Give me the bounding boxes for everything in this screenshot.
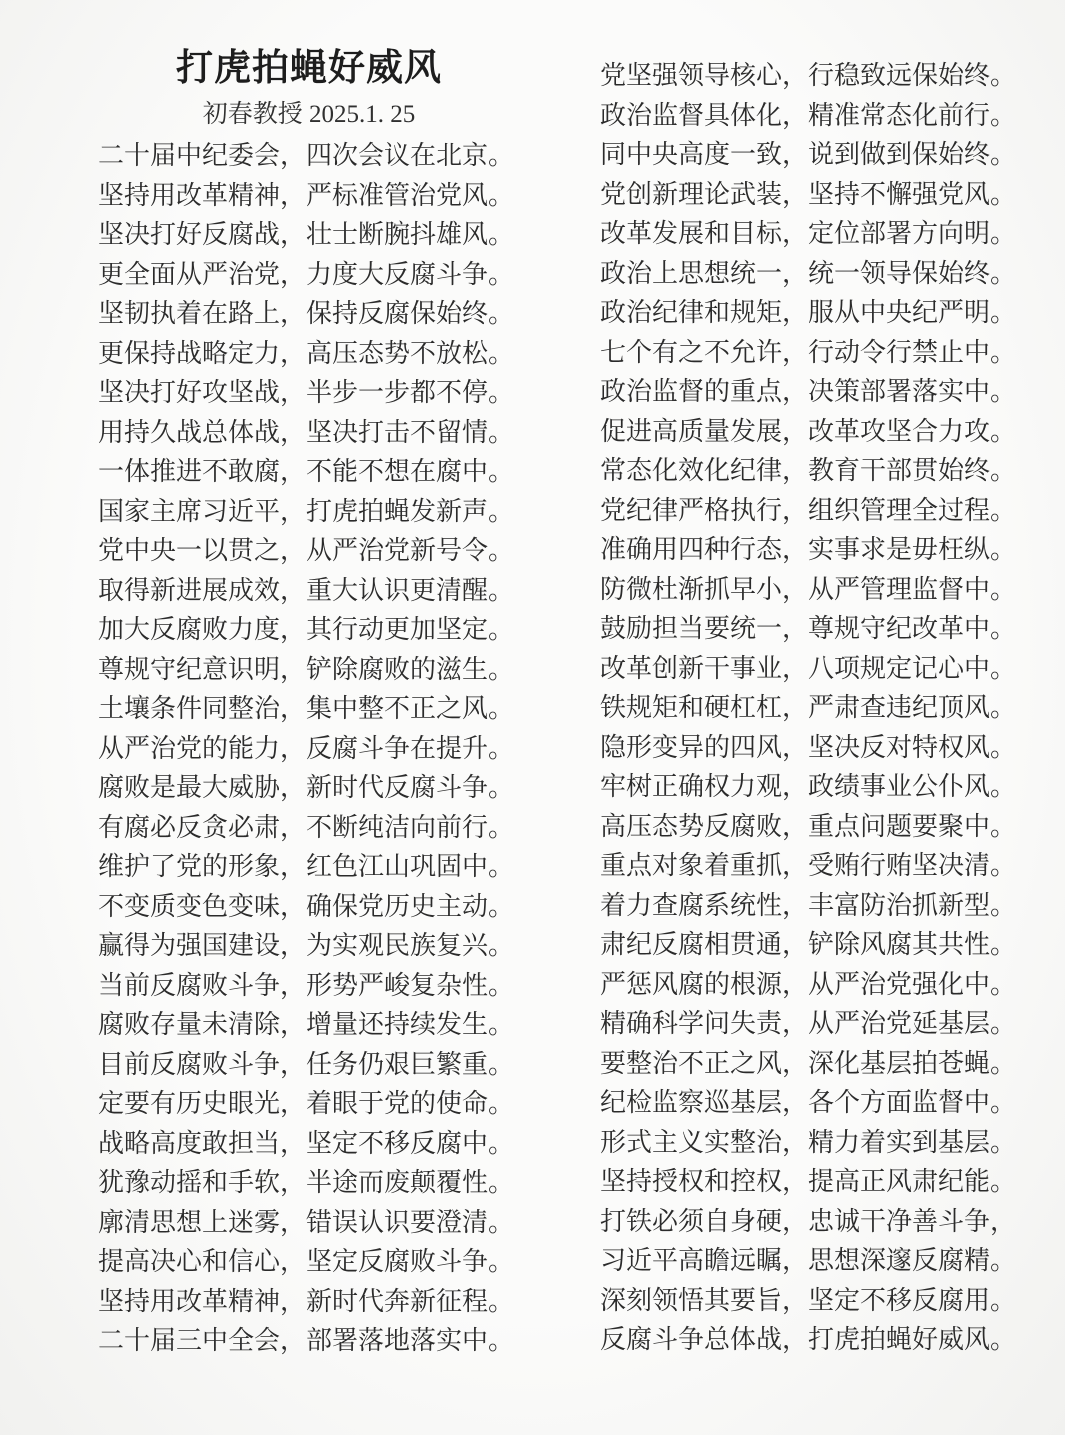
poem-line: 坚持用改革精神，严标准管治党风。 — [98, 176, 520, 216]
poem-line: 肃纪反腐相贯通，铲除风腐其共性。 — [600, 925, 1022, 965]
poem-line: 深刻领悟其要旨，坚定不移反腐用。 — [600, 1281, 1022, 1321]
poem-line: 当前反腐败斗争，形势严峻复杂性。 — [98, 966, 520, 1006]
poem-line: 更保持战略定力，高压态势不放松。 — [98, 334, 520, 374]
poem-line: 国家主席习近平，打虎拍蝇发新声。 — [98, 492, 520, 532]
document-page: 打虎拍蝇好威风 初春教授 2025.1. 25 二十届中纪委会，四次会议在北京。… — [0, 0, 1065, 1435]
poem-line: 改革创新干事业，八项规定记心中。 — [600, 649, 1022, 689]
poem-line: 尊规守纪意识明，铲除腐败的滋生。 — [98, 650, 520, 690]
poem-line: 严惩风腐的根源，从严治党强化中。 — [600, 965, 1022, 1005]
poem-line: 防微杜渐抓早小，从严管理监督中。 — [600, 570, 1022, 610]
poem-line: 改革发展和目标，定位部署方向明。 — [600, 214, 1022, 254]
poem-line: 二十届中纪委会，四次会议在北京。 — [98, 136, 520, 176]
poem-line: 廓清思想上迷雾，错误认识要澄清。 — [98, 1203, 520, 1243]
poem-line: 党中央一以贯之，从严治党新号令。 — [98, 531, 520, 571]
poem-line: 不变质变色变味，确保党历史主动。 — [98, 887, 520, 927]
poem-line: 同中央高度一致，说到做到保始终。 — [600, 135, 1022, 175]
poem-title: 打虎拍蝇好威风 — [98, 42, 520, 94]
poem-line: 提高决心和信心，坚定反腐败斗争。 — [98, 1242, 520, 1282]
poem-line: 准确用四种行态，实事求是毋枉纵。 — [600, 530, 1022, 570]
poem-line: 坚持用改革精神，新时代奔新征程。 — [98, 1282, 520, 1322]
poem-line: 反腐斗争总体战，打虎拍蝇好威风。 — [600, 1320, 1022, 1360]
left-column: 打虎拍蝇好威风 初春教授 2025.1. 25 二十届中纪委会，四次会议在北京。… — [98, 0, 520, 1435]
poem-line: 犹豫动摇和手软，半途而废颠覆性。 — [98, 1163, 520, 1203]
poem-line: 土壤条件同整治，集中整不正之风。 — [98, 689, 520, 729]
poem-line: 形式主义实整治，精力着实到基层。 — [600, 1123, 1022, 1163]
poem-line: 坚持授权和控权，提高正风肃纪能。 — [600, 1162, 1022, 1202]
poem-line: 坚决打好反腐战，壮士断腕抖雄风。 — [98, 215, 520, 255]
poem-line: 政治上思想统一，统一领导保始终。 — [600, 254, 1022, 294]
poem-line: 七个有之不允许，行动令行禁止中。 — [600, 333, 1022, 373]
poem-line: 赢得为强国建设，为实观民族复兴。 — [98, 926, 520, 966]
poem-line: 党创新理论武装，坚持不懈强党风。 — [600, 175, 1022, 215]
poem-line: 政治监督具体化，精准常态化前行。 — [600, 96, 1022, 136]
poem-line: 促进高质量发展，改革攻坚合力攻。 — [600, 412, 1022, 452]
poem-line: 二十届三中全会，部署落地落实中。 — [98, 1321, 520, 1361]
poem-line: 一体推进不敢腐，不能不想在腐中。 — [98, 452, 520, 492]
poem-line: 加大反腐败力度，其行动更加坚定。 — [98, 610, 520, 650]
poem-line: 腐败是最大威胁，新时代反腐斗争。 — [98, 768, 520, 808]
poem-line: 战略高度敢担当，坚定不移反腐中。 — [98, 1124, 520, 1164]
poem-line: 从严治党的能力，反腐斗争在提升。 — [98, 729, 520, 769]
poem-line: 铁规矩和硬杠杠，严肃查违纪顶风。 — [600, 688, 1022, 728]
poem-line: 政治纪律和规矩，服从中央纪严明。 — [600, 293, 1022, 333]
poem-line: 精确科学问失责，从严治党延基层。 — [600, 1004, 1022, 1044]
poem-line: 更全面从严治党，力度大反腐斗争。 — [98, 255, 520, 295]
poem-line: 习近平高瞻远瞩，思想深邃反腐精。 — [600, 1241, 1022, 1281]
poem-line: 高压态势反腐败，重点问题要聚中。 — [600, 807, 1022, 847]
poem-line: 定要有历史眼光，着眼于党的使命。 — [98, 1084, 520, 1124]
poem-line: 坚韧执着在路上，保持反腐保始终。 — [98, 294, 520, 334]
poem-line: 腐败存量未清除，增量还持续发生。 — [98, 1005, 520, 1045]
poem-line: 用持久战总体战，坚决打击不留情。 — [98, 413, 520, 453]
poem-byline: 初春教授 2025.1. 25 — [98, 94, 520, 136]
right-column: 党坚强领导核心，行稳致远保始终。政治监督具体化，精准常态化前行。同中央高度一致，… — [600, 0, 1022, 1435]
right-column-lines: 党坚强领导核心，行稳致远保始终。政治监督具体化，精准常态化前行。同中央高度一致，… — [600, 56, 1022, 1360]
poem-line: 维护了党的形象，红色江山巩固中。 — [98, 847, 520, 887]
poem-line: 党纪律严格执行，组织管理全过程。 — [600, 491, 1022, 531]
poem-line: 纪检监察巡基层，各个方面监督中。 — [600, 1083, 1022, 1123]
poem-line: 目前反腐败斗争，任务仍艰巨繁重。 — [98, 1045, 520, 1085]
poem-line: 坚决打好攻坚战，半步一步都不停。 — [98, 373, 520, 413]
poem-line: 党坚强领导核心，行稳致远保始终。 — [600, 56, 1022, 96]
poem-line: 政治监督的重点，决策部署落实中。 — [600, 372, 1022, 412]
poem-line: 重点对象着重抓，受贿行贿坚决清。 — [600, 846, 1022, 886]
poem-line: 隐形变异的四风，坚决反对特权风。 — [600, 728, 1022, 768]
poem-line: 有腐必反贪必肃，不断纯洁向前行。 — [98, 808, 520, 848]
poem-line: 着力查腐系统性，丰富防治抓新型。 — [600, 886, 1022, 926]
left-column-lines: 二十届中纪委会，四次会议在北京。坚持用改革精神，严标准管治党风。坚决打好反腐战，… — [98, 136, 520, 1361]
poem-line: 取得新进展成效，重大认识更清醒。 — [98, 571, 520, 611]
poem-line: 常态化效化纪律，教育干部贯始终。 — [600, 451, 1022, 491]
poem-line: 要整治不正之风，深化基层拍苍蝇。 — [600, 1044, 1022, 1084]
poem-line: 牢树正确权力观，政绩事业公仆风。 — [600, 767, 1022, 807]
poem-line: 打铁必须自身硬，忠诚干净善斗争， — [600, 1202, 1022, 1242]
poem-line: 鼓励担当要统一，尊规守纪改革中。 — [600, 609, 1022, 649]
